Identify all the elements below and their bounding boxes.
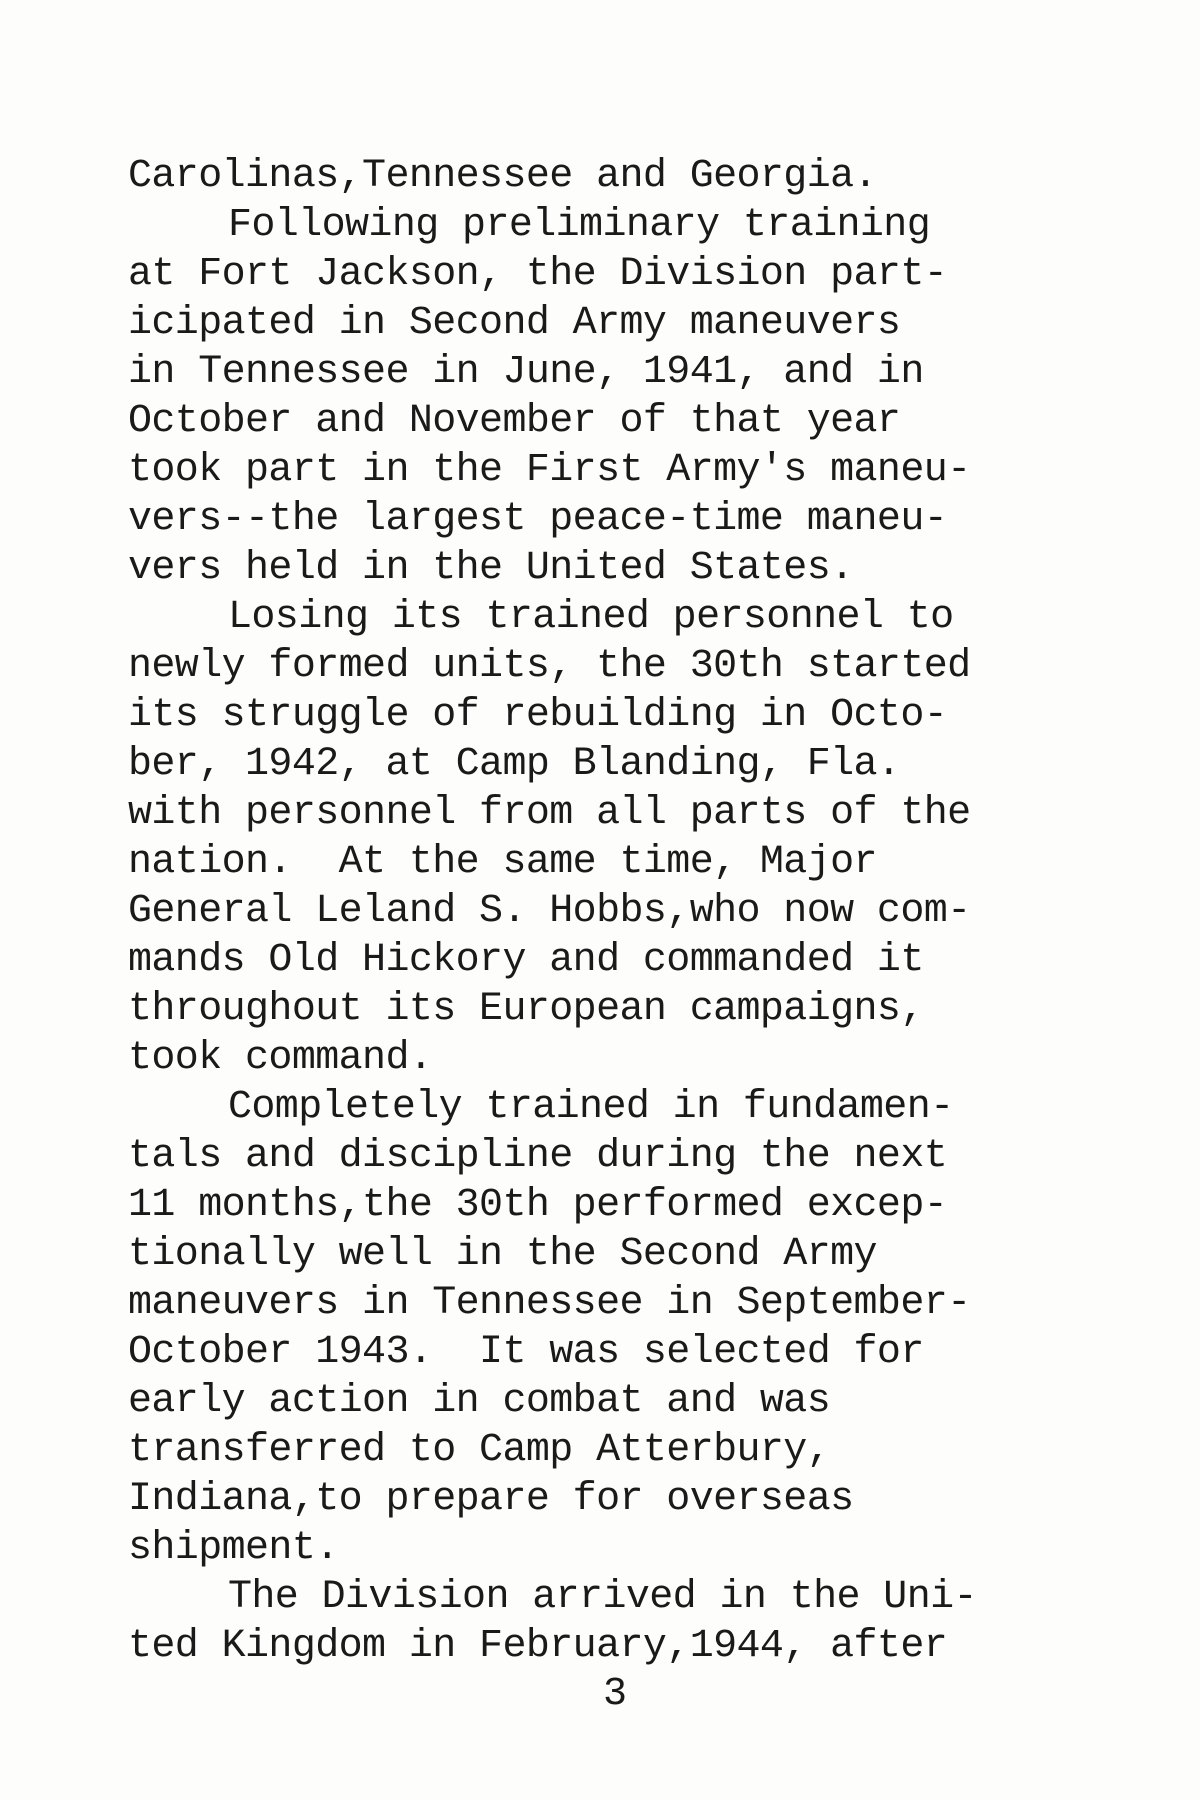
text-line: 11 months,the 30th performed excep-: [128, 1181, 1028, 1230]
text-line: nation. At the same time, Major: [128, 838, 1028, 887]
text-line: Completely trained in fundamen-: [128, 1083, 1028, 1132]
text-line: Carolinas,Tennessee and Georgia.: [128, 152, 1028, 201]
text-line: in Tennessee in June, 1941, and in: [128, 348, 1028, 397]
document-page: Carolinas,Tennessee and Georgia.Followin…: [0, 0, 1200, 1800]
text-line: vers--the largest peace-time maneu-: [128, 495, 1028, 544]
text-line: maneuvers in Tennessee in September-: [128, 1279, 1028, 1328]
text-line: The Division arrived in the Uni-: [128, 1573, 1028, 1622]
text-line: Following preliminary training: [128, 201, 1028, 250]
text-line: its struggle of rebuilding in Octo-: [128, 691, 1028, 740]
text-line: shipment.: [128, 1524, 1028, 1573]
text-line: newly formed units, the 30th started: [128, 642, 1028, 691]
text-line: Losing its trained personnel to: [128, 593, 1028, 642]
text-line: took command.: [128, 1034, 1028, 1083]
text-line: transferred to Camp Atterbury,: [128, 1426, 1028, 1475]
text-line: ted Kingdom in February,1944, after: [128, 1622, 1028, 1671]
page-number: 3: [0, 1672, 1200, 1717]
text-line: icipated in Second Army maneuvers: [128, 299, 1028, 348]
text-line: with personnel from all parts of the: [128, 789, 1028, 838]
text-line: tals and discipline during the next: [128, 1132, 1028, 1181]
text-line: took part in the First Army's maneu-: [128, 446, 1028, 495]
text-line: vers held in the United States.: [128, 544, 1028, 593]
text-line: throughout its European campaigns,: [128, 985, 1028, 1034]
body-text: Carolinas,Tennessee and Georgia.Followin…: [128, 152, 1028, 1671]
text-line: at Fort Jackson, the Division part-: [128, 250, 1028, 299]
text-line: General Leland S. Hobbs,who now com-: [128, 887, 1028, 936]
text-line: ber, 1942, at Camp Blanding, Fla.: [128, 740, 1028, 789]
text-line: tionally well in the Second Army: [128, 1230, 1028, 1279]
text-line: Indiana,to prepare for overseas: [128, 1475, 1028, 1524]
text-line: mands Old Hickory and commanded it: [128, 936, 1028, 985]
text-line: early action in combat and was: [128, 1377, 1028, 1426]
text-line: October and November of that year: [128, 397, 1028, 446]
text-line: October 1943. It was selected for: [128, 1328, 1028, 1377]
